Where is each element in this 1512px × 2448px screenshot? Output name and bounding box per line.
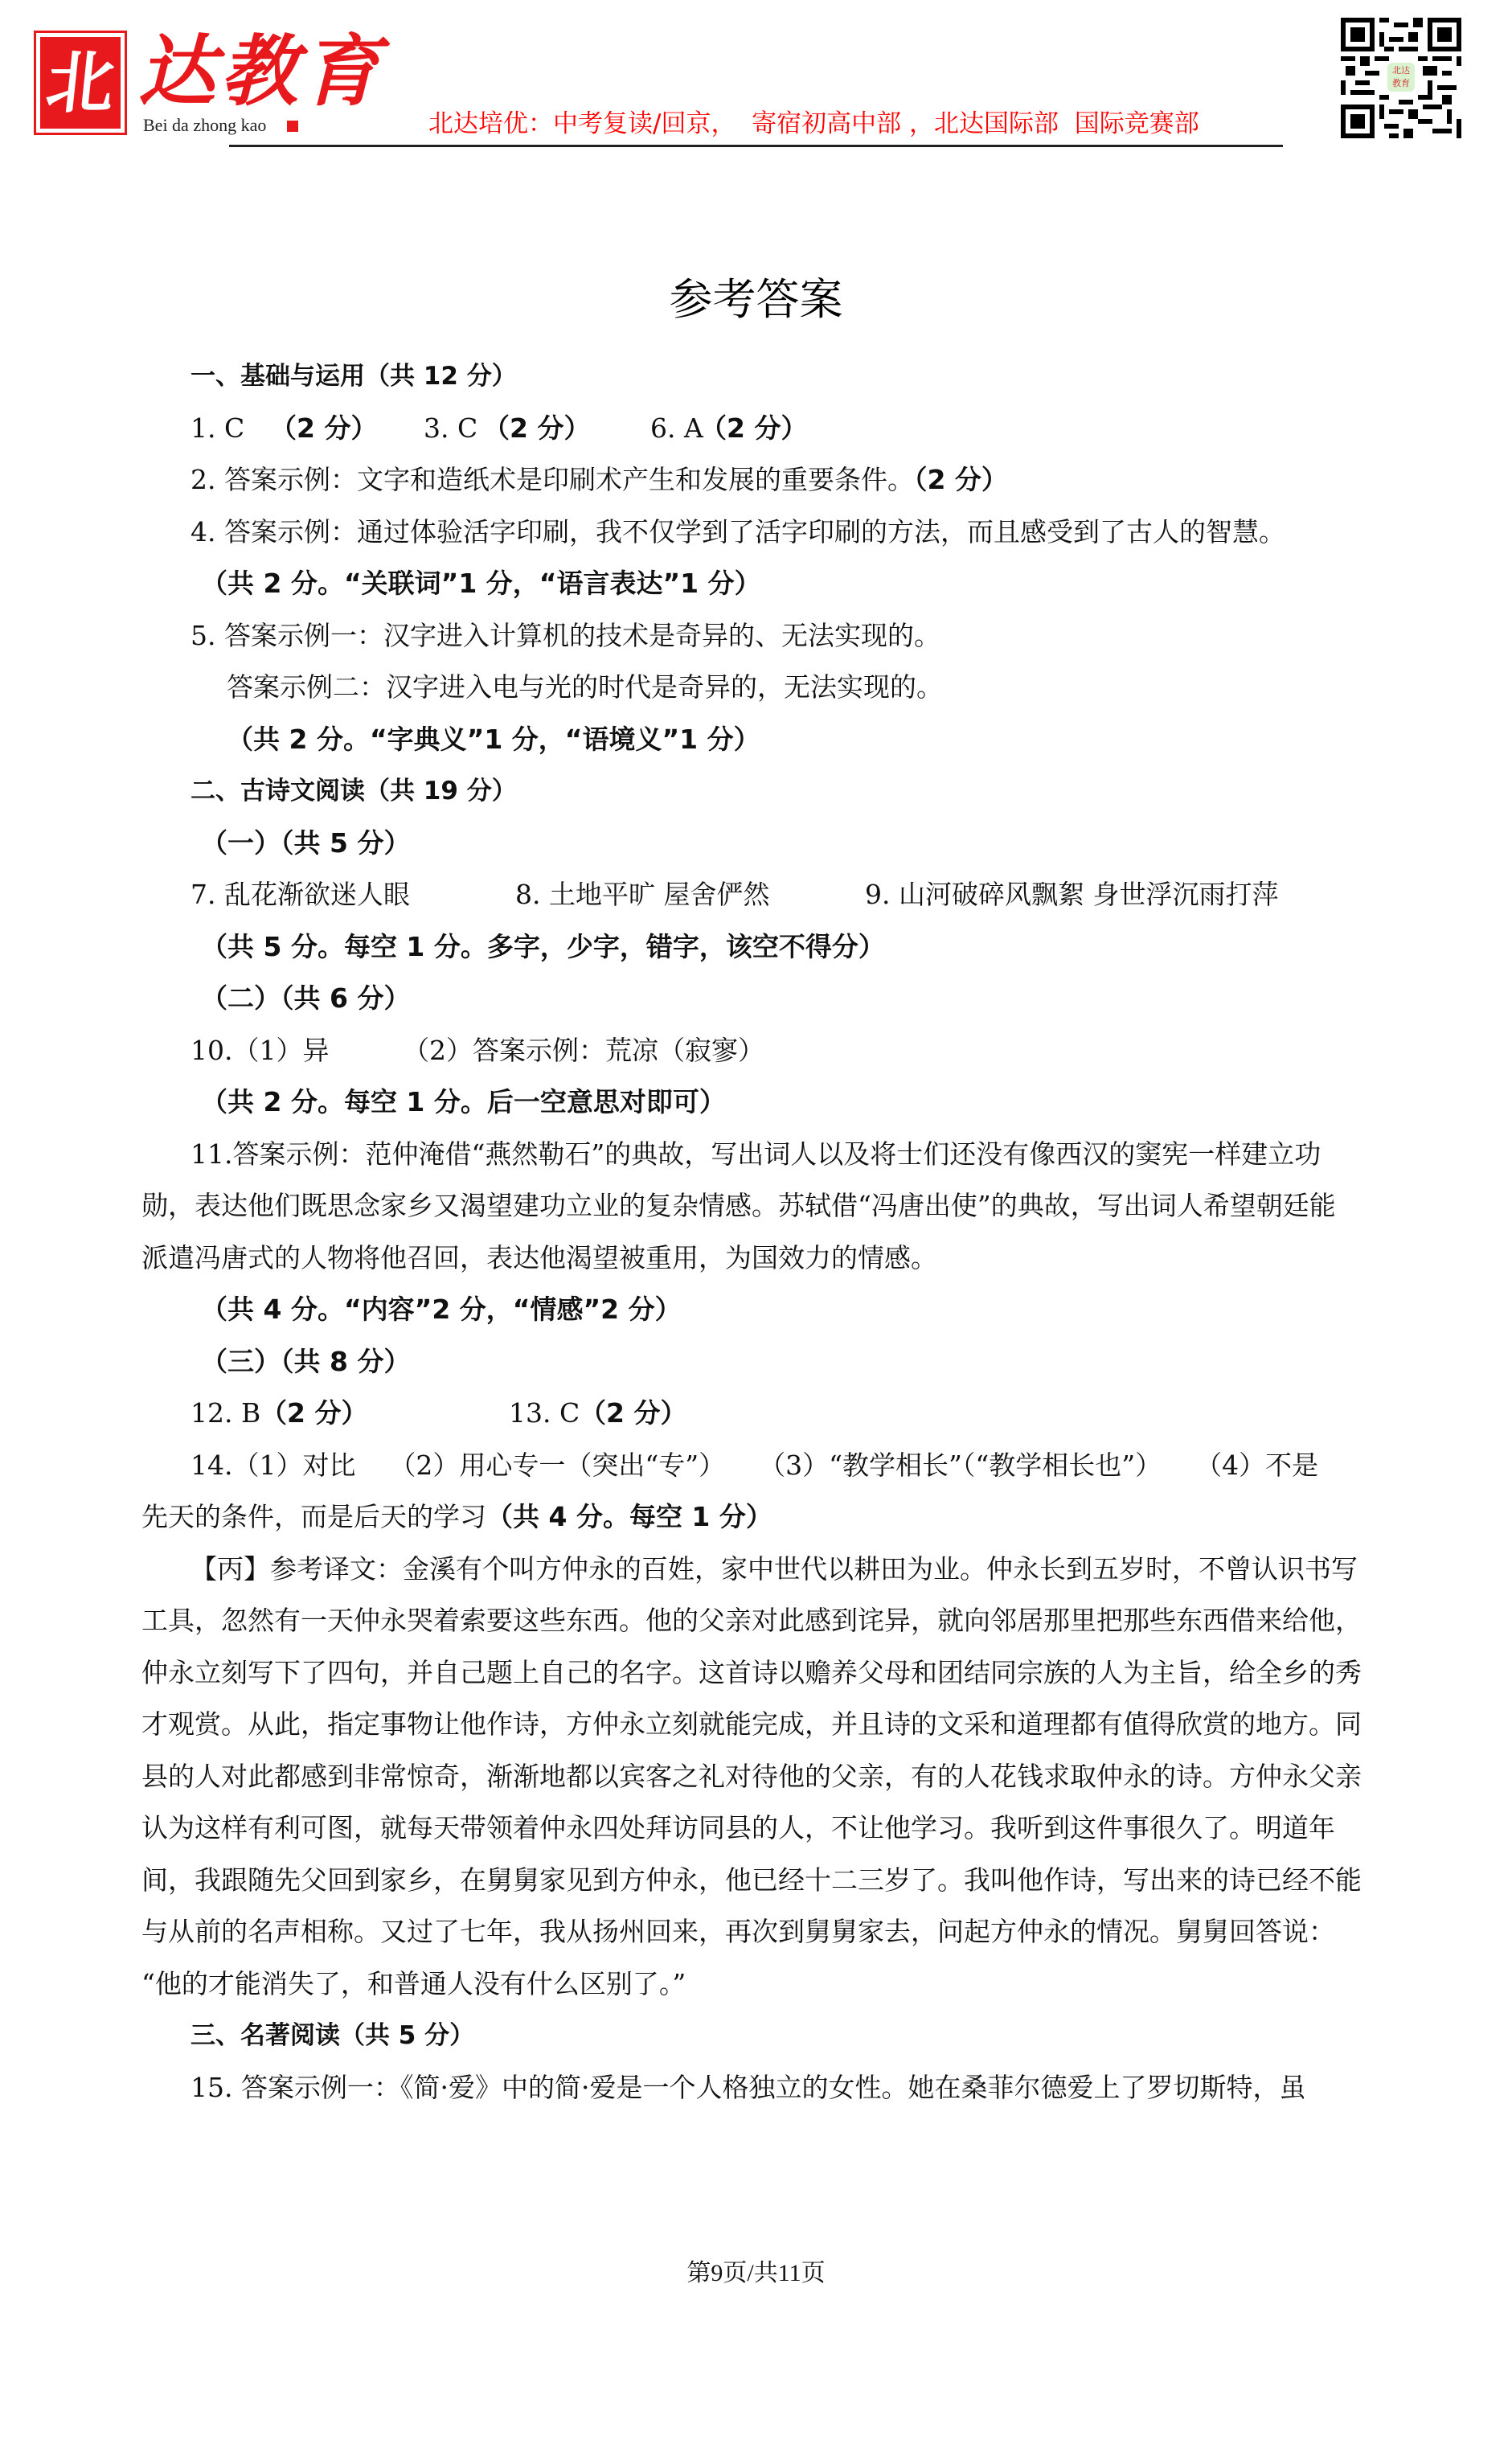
score-note-q11: （共 4 分。“内容”2 分，“情感”2 分）: [141, 1284, 1371, 1336]
answer-q6: 6. A: [650, 403, 703, 455]
translation-line: 才观赏。从此，指定事物让他作诗，方仲永立刻就能完成，并且诗的文采和道理都有值得欣…: [141, 1699, 1371, 1751]
answer-line-q11: 11.答案示例：范仲淹借“燕然勒石”的典故，写出词人以及将士们还没有像西汉的窦宪…: [141, 1129, 1371, 1181]
score-note-q10: （共 2 分。每空 1 分。后一空意思对即可）: [141, 1076, 1371, 1129]
answer-q14-cont: 先天的条件，而是后天的学习: [141, 1501, 486, 1532]
score-note-q4: （共 2 分。“关联词”1 分，“语言表达”1 分）: [141, 558, 1371, 610]
logo-subtitle: Bei da zhong kao: [143, 115, 266, 136]
page-indicator: 第9页/共11页: [0, 2257, 1512, 2290]
logo-square-icon: [287, 121, 298, 132]
score-q12: （2 分）: [260, 1388, 367, 1440]
subsection-heading: （三）（共 8 分）: [141, 1336, 1371, 1388]
score-q13: （2 分）: [580, 1388, 686, 1440]
translation-line: “他的才能消失了，和普通人没有什么区别了。”: [141, 1958, 1371, 2011]
subsection-heading: （一）（共 5 分）: [141, 818, 1371, 870]
qr-badge-line: 北达: [1387, 64, 1415, 77]
answer-q12: 12. B: [191, 1388, 260, 1440]
logo-name: 达教育: [138, 27, 384, 116]
header-divider: [229, 145, 1283, 147]
answer-q9: 9. 山河破碎风飘絮 身世浮沉雨打萍: [865, 869, 1278, 921]
answer-line-q5a: 5. 答案示例一：汉字进入计算机的技术是奇异的、无法实现的。: [141, 610, 1371, 662]
score-note-q7-9: （共 5 分。每空 1 分。多字，少字，错字，该空不得分）: [141, 921, 1371, 974]
answer-q7: 7. 乱花渐欲迷人眼: [191, 869, 410, 921]
score-note-q5: （共 2 分。“字典义”1 分，“语境义”1 分）: [141, 714, 1371, 766]
score-q6: （2 分）: [700, 403, 807, 455]
answer-line-q1-3-6: 1. C （2 分） 3. C （2 分） 6. A （2 分）: [141, 403, 1371, 455]
answer-line-q15: 15. 答案示例一：《简·爱》中的简·爱是一个人格独立的女性。她在桑菲尔德爱上了…: [141, 2062, 1371, 2114]
answer-line-q7-9: 7. 乱花渐欲迷人眼 8. 土地平旷 屋舍俨然 9. 山河破碎风飘絮 身世浮沉雨…: [141, 869, 1371, 921]
logo-mark: 北: [34, 31, 127, 135]
translation-line: 工具，忽然有一天仲永哭着索要这些东西。他的父亲对此感到诧异，就向邻居那里把那些东…: [141, 1595, 1371, 1647]
answer-line-q4: 4. 答案示例：通过体验活字印刷，我不仅学到了活字印刷的方法，而且感受到了古人的…: [141, 506, 1371, 559]
translation-line: 【丙】参考译文：金溪有个叫方仲永的百姓，家中世代以耕田为业。仲永长到五岁时，不曾…: [141, 1544, 1371, 1596]
translation-label: 【丙】: [191, 1553, 270, 1585]
subsection-heading: （二）（共 6 分）: [141, 973, 1371, 1025]
score-q14: （共 4 分。每空 1 分）: [486, 1501, 772, 1532]
answer-line-q14: 14.（1）对比 （2）用心专一（突出“专”） （3）“教学相长”（“教学相长也…: [141, 1440, 1371, 1492]
score-q1: （2 分）: [270, 403, 377, 455]
answer-line-q11: 派遣冯唐式的人物将他召回，表达他渴望被重用，为国效力的情感。: [141, 1232, 1371, 1285]
answer-line-q2: 2. 答案示例：文字和造纸术是印刷术产生和发展的重要条件。（2 分）: [141, 454, 1371, 506]
translation-line: 认为这样有利可图，就每天带领着仲永四处拜访同县的人，不让他学习。我听到这件事很久…: [141, 1802, 1371, 1855]
answer-q2: 2. 答案示例：文字和造纸术是印刷术产生和发展的重要条件。: [191, 464, 914, 495]
translation-line: 仲永立刻写下了四句，并自己题上自己的名字。这首诗以赡养父母和团结同宗族的人为主旨…: [141, 1647, 1371, 1700]
section-heading: 二、古诗文阅读（共 19 分）: [141, 765, 1371, 818]
header-tagline: 北达培优：中考复读/回京， 寄宿初高中部 ，北达国际部 国际竞赛部: [428, 108, 1199, 140]
qr-center-badge: 北达 教育: [1387, 63, 1415, 92]
section-heading: 一、基础与运用（共 12 分）: [141, 351, 1371, 403]
translation-line: 县的人对此都感到非常惊奇，渐渐地都以宾客之礼对待他的父亲，有的人花钱求取仲永的诗…: [141, 1751, 1371, 1803]
answer-q3: 3. C: [424, 403, 477, 455]
answer-line-q12-13: 12. B （2 分） 13. C （2 分）: [141, 1388, 1371, 1440]
answer-q10-2: （2）答案示例：荒凉（寂寥）: [403, 1025, 764, 1077]
answer-line-q10: 10.（1）异 （2）答案示例：荒凉（寂寥）: [141, 1025, 1371, 1077]
answer-q10-1: 10.（1）异: [191, 1025, 329, 1077]
translation-line: 与从前的名声相称。又过了七年，我从扬州回来，再次到舅舅家去，问起方仲永的情况。舅…: [141, 1906, 1371, 1958]
logo-mark-char: 北: [43, 49, 118, 117]
score-q2: （2 分）: [914, 464, 1008, 495]
section-heading: 三、名著阅读（共 5 分）: [141, 2010, 1371, 2062]
score-q3: （2 分）: [483, 403, 590, 455]
answer-line-q11: 勋，表达他们既思念家乡又渴望建功立业的复杂情感。苏轼借“冯唐出使”的典故，写出词…: [141, 1180, 1371, 1232]
answer-line-q5b: 答案示例二：汉字进入电与光的时代是奇异的，无法实现的。: [141, 662, 1371, 714]
answer-q8: 8. 土地平旷 屋舍俨然: [515, 869, 769, 921]
answer-q13: 13. C: [509, 1388, 580, 1440]
translation-line: 间，我跟随先父回到家乡，在舅舅家见到方仲永，他已经十二三岁了。我叫他作诗，写出来…: [141, 1855, 1371, 1907]
translation-text: 参考译文：金溪有个叫方仲永的百姓，家中世代以耕田为业。仲永长到五岁时，不曾认识书…: [270, 1553, 1358, 1585]
answer-q1: 1. C: [191, 403, 244, 455]
page-title: 参考答案: [0, 272, 1512, 328]
qr-badge-line: 教育: [1387, 77, 1415, 90]
answer-content: 一、基础与运用（共 12 分） 1. C （2 分） 3. C （2 分） 6.…: [141, 351, 1371, 2114]
answer-line-q14: 先天的条件，而是后天的学习（共 4 分。每空 1 分）: [141, 1491, 1371, 1544]
